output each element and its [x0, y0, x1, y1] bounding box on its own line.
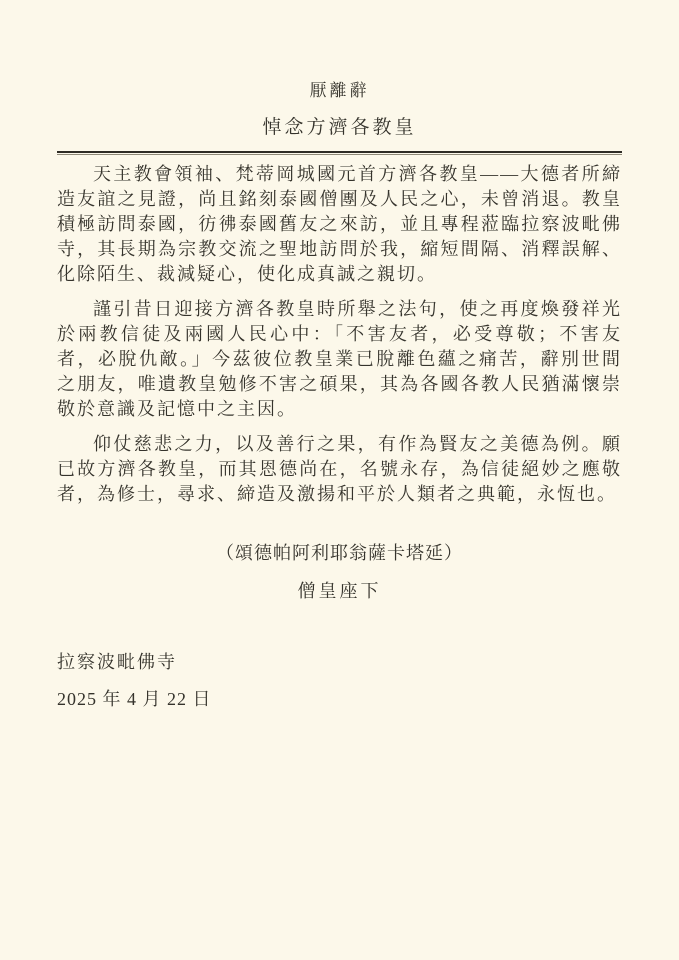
body-paragraph-3: 仰仗慈悲之力，以及善行之果，有作為賢友之美德為例。願已故方濟各教皇，而其恩德尚在… [57, 432, 622, 507]
document-date: 2025 年 4 月 22 日 [57, 687, 622, 711]
temple-name: 拉察波毗佛寺 [57, 650, 622, 674]
signature-title-line: 僧皇座下 [57, 579, 622, 603]
document-title: 厭離辭 [57, 80, 622, 102]
body-paragraph-1: 天主教會領袖、梵蒂岡城國元首方濟各教皇——大德者所締造友誼之見證，尚且銘刻泰國僧… [57, 162, 622, 287]
document-page: 厭離辭 悼念方濟各教皇 天主教會領袖、梵蒂岡城國元首方濟各教皇——大德者所締造友… [0, 0, 679, 960]
document-subtitle: 悼念方濟各教皇 [57, 115, 622, 140]
title-divider-rule [57, 151, 622, 155]
signature-name-line: （頌德帕阿利耶翁薩卡塔延） [57, 541, 622, 565]
body-paragraph-2: 謹引昔日迎接方濟各教皇時所舉之法句，使之再度煥發祥光於兩教信徒及兩國人民心中：「… [57, 297, 622, 422]
